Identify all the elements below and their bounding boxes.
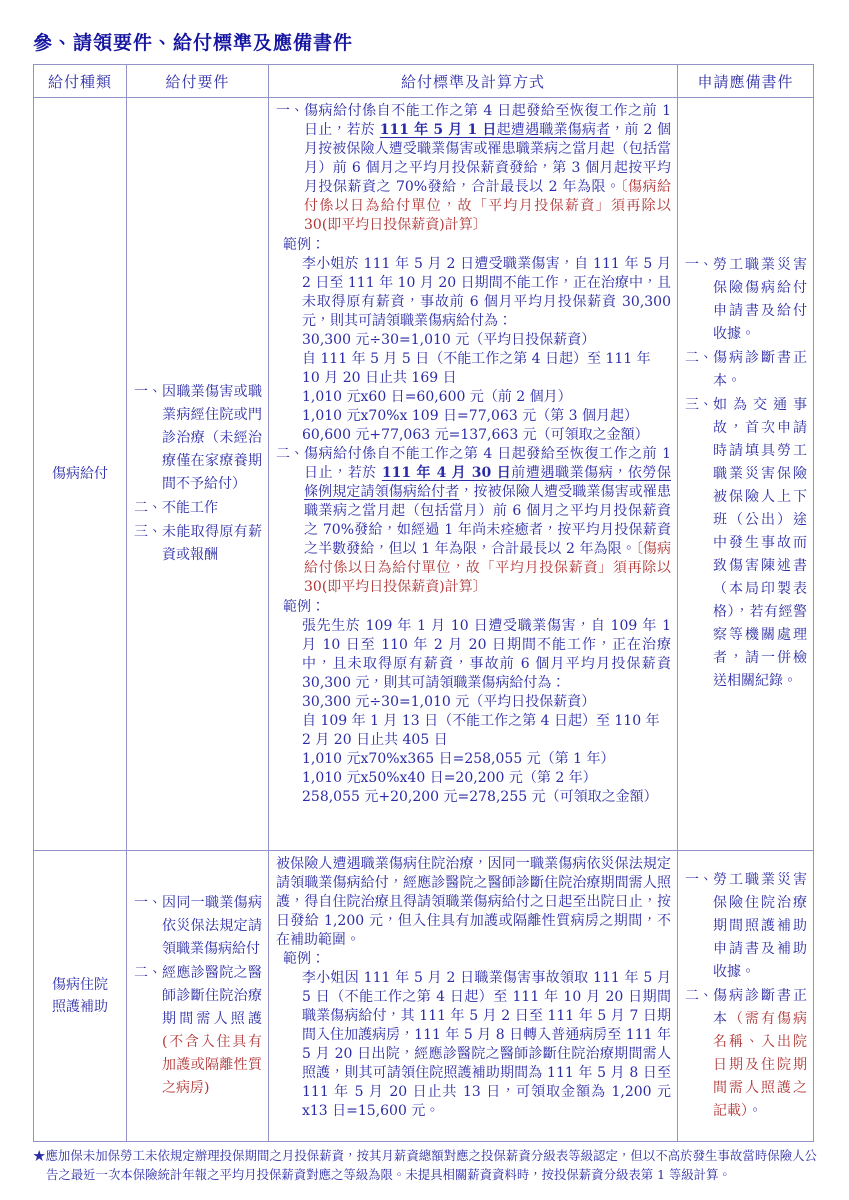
text-segment-red: （需有傷病名稱、入出院日期及住院期間需人照護之記載） xyxy=(713,1011,807,1119)
list-item-number: 二、 xyxy=(276,445,304,597)
list-item-number: 一、 xyxy=(685,869,713,984)
list-item-text: 經應診醫院之醫師診斷住院治療期間需人照護(不含入住具有加護或隔離性質之病房) xyxy=(162,962,262,1100)
text-segment-red: 〔傷病給付係以日為給付單位，故「平均月投保薪資」須再除以 30(即平均日投保薪資… xyxy=(304,541,671,595)
list-item-text: 傷病給付係自不能工作之第 4 日起發給至恢復工作之前 1 日止，若於 111 年… xyxy=(304,445,671,597)
requirements-cell-row1: 一、因職業傷害或職業病經住院或門診治療（未經治療僅在家療養期間不予給付）二、不能… xyxy=(127,98,269,851)
text-block-calc: 60,600 元+77,063 元=137,663 元（可領取之金額） xyxy=(302,426,671,445)
text-block-calc: 自 111 年 5 月 5 日（不能工作之第 4 日起）至 111 年 10 月… xyxy=(302,350,671,388)
text-block-item: 一、傷病給付係自不能工作之第 4 日起發給至恢復工作之前 1 日止，若於 111… xyxy=(276,102,671,235)
documents-cell-row2: 一、勞工職業災害保險住院治療期間照護補助申請書及補助收據。二、傷病診斷書正本（需… xyxy=(678,851,814,1142)
column-header-benefit-type: 給付種類 xyxy=(34,65,127,98)
list-item-number: 一、 xyxy=(134,892,162,961)
text-block-subtitle: 範例： xyxy=(283,236,671,255)
list-item-text: 因職業傷害或職業病經住院或門診治療（未經治療僅在家療養期間不予給付） xyxy=(162,381,262,496)
text-segment-bu: 111 年 5 月 1 日 xyxy=(380,122,497,138)
text-block-item: 一、勞工職業災害保險住院治療期間照護補助申請書及補助收據。 xyxy=(685,869,807,984)
list-item-text: 勞工職業災害保險住院治療期間照護補助申請書及補助收據。 xyxy=(713,869,807,984)
list-item-number: 一、 xyxy=(276,102,304,235)
column-header-requirements: 給付要件 xyxy=(127,65,269,98)
text-block-calc: 30,300 元÷30=1,010 元（平均日投保薪資） xyxy=(302,693,671,712)
text-block-item: 一、因同一職業傷病依災保法規定請領職業傷病給付 xyxy=(134,892,262,961)
list-item-number: 一、 xyxy=(685,254,713,346)
benefit-type-cell-sickness: 傷病給付 xyxy=(34,98,127,851)
list-item-number: 二、 xyxy=(685,985,713,1123)
text-block-example: 李小姐因 111 年 5 月 2 日職業傷害事故領取 111 年 5 月 5 日… xyxy=(302,969,671,1121)
list-item-number: 一、 xyxy=(134,381,162,496)
text-block-item: 一、因職業傷害或職業病經住院或門診治療（未經治療僅在家療養期間不予給付） xyxy=(134,381,262,496)
text-block-item: 二、傷病給付係自不能工作之第 4 日起發給至恢復工作之前 1 日止，若於 111… xyxy=(276,445,671,597)
benefit-type-label: 傷病住院照護補助 xyxy=(48,974,112,1018)
list-item-text: 不能工作 xyxy=(162,497,262,520)
standards-cell-row1: 一、傷病給付係自不能工作之第 4 日起發給至恢復工作之前 1 日止，若於 111… xyxy=(269,98,678,851)
documents-cell-row1: 一、勞工職業災害保險傷病給付申請書及給付收據。二、傷病診斷書正本。三、如為交通事… xyxy=(678,98,814,851)
requirements-cell-row2: 一、因同一職業傷病依災保法規定請領職業傷病給付二、經應診醫院之醫師診斷住院治療期… xyxy=(127,851,269,1142)
text-segment-bu: 111 年 4 月 30 日 xyxy=(382,465,511,481)
benefit-type-label: 傷病給付 xyxy=(52,463,108,485)
list-item-number: 二、 xyxy=(685,347,713,393)
text-segment-red: (不含入住具有加護或隔離性質之病房) xyxy=(162,1034,262,1096)
list-item-text: 傷病給付係自不能工作之第 4 日起發給至恢復工作之前 1 日止，若於 111 年… xyxy=(304,102,671,235)
text-block-item: 二、經應診醫院之醫師診斷住院治療期間需人照護(不含入住具有加護或隔離性質之病房) xyxy=(134,962,262,1100)
list-item-text: 傷病診斷書正本（需有傷病名稱、入出院日期及住院期間需人照護之記載）。 xyxy=(713,985,807,1123)
text-block-calc: 258,055 元+20,200 元=278,255 元（可領取之金額） xyxy=(302,788,671,807)
text-block-subtitle: 範例： xyxy=(283,950,671,969)
column-header-standards: 給付標準及計算方式 xyxy=(269,65,678,98)
text-block-calc: 1,010 元x50%x40 日=20,200 元（第 2 年） xyxy=(302,769,671,788)
text-block-calc: 1,010 元x70%x 109 日=77,063 元（第 3 個月起） xyxy=(302,407,671,426)
standards-cell-row2: 被保險人遭遇職業傷病住院治療，因同一職業傷病依災保法規定請領職業傷病給付，經應診… xyxy=(269,851,678,1142)
footnote: ★應加保未加保勞工未依規定辦理投保期間之月投保薪資，按其月薪資總額對應之投保薪資… xyxy=(33,1146,817,1184)
text-block-item: 三、如為交通事故，首次申請時請填具勞工職業災害保險被保險人上下班（公出）途中發生… xyxy=(685,394,807,693)
text-block-subtitle: 範例： xyxy=(283,598,671,617)
text-block-item: 三、未能取得原有薪資或報酬 xyxy=(134,521,262,567)
text-segment-red: 〔傷病給付係以日為給付單位，故「平均月投保薪資」須再除以 30(即平均日投保薪資… xyxy=(304,179,671,233)
list-item-text: 未能取得原有薪資或報酬 xyxy=(162,521,262,567)
document-page: 參、請領要件、給付標準及應備書件 給付種類 給付要件 給付標準及計算方式 申請應… xyxy=(0,0,849,1184)
list-item-number: 三、 xyxy=(685,394,713,693)
text-block-example: 張先生於 109 年 1 月 10 日遭受職業傷害，自 109 年 1 月 10… xyxy=(302,617,671,693)
text-block-calc: 1,010 元x60 日=60,600 元（前 2 個月） xyxy=(302,388,671,407)
list-item-number: 二、 xyxy=(134,497,162,520)
text-block-calc: 30,300 元÷30=1,010 元（平均日投保薪資） xyxy=(302,331,671,350)
text-block-item: 二、傷病診斷書正本。 xyxy=(685,347,807,393)
list-item-text: 如為交通事故，首次申請時請填具勞工職業災害保險被保險人上下班（公出）途中發生事故… xyxy=(713,394,807,693)
text-block-example: 李小姐於 111 年 5 月 2 日遭受職業傷害，自 111 年 5 月 2 日… xyxy=(302,255,671,331)
column-header-documents: 申請應備書件 xyxy=(678,65,814,98)
list-item-text: 傷病診斷書正本。 xyxy=(713,347,807,393)
list-item-number: 三、 xyxy=(134,521,162,567)
text-block-item: 二、不能工作 xyxy=(134,497,262,520)
text-block-para: 被保險人遭遇職業傷病住院治療，因同一職業傷病依災保法規定請領職業傷病給付，經應診… xyxy=(276,855,671,950)
text-block-item: 二、傷病診斷書正本（需有傷病名稱、入出院日期及住院期間需人照護之記載）。 xyxy=(685,985,807,1123)
list-item-number: 二、 xyxy=(134,962,162,1100)
text-block-calc: 自 109 年 1 月 13 日（不能工作之第 4 日起）至 110 年 2 月… xyxy=(302,712,671,750)
list-item-text: 勞工職業災害保險傷病給付申請書及給付收據。 xyxy=(713,254,807,346)
text-block-item: 一、勞工職業災害保險傷病給付申請書及給付收據。 xyxy=(685,254,807,346)
text-block-calc: 1,010 元x70%x365 日=258,055 元（第 1 年） xyxy=(302,750,671,769)
text-segment-u: 起遭遇職業傷病者 xyxy=(497,122,611,138)
list-item-text: 因同一職業傷病依災保法規定請領職業傷病給付 xyxy=(162,892,262,961)
benefits-table: 給付種類 給付要件 給付標準及計算方式 申請應備書件 傷病給付 一、因職業傷害或… xyxy=(33,64,814,1142)
benefit-type-cell-hospital-care: 傷病住院照護補助 xyxy=(34,851,127,1142)
page-title: 參、請領要件、給付標準及應備書件 xyxy=(33,28,849,55)
